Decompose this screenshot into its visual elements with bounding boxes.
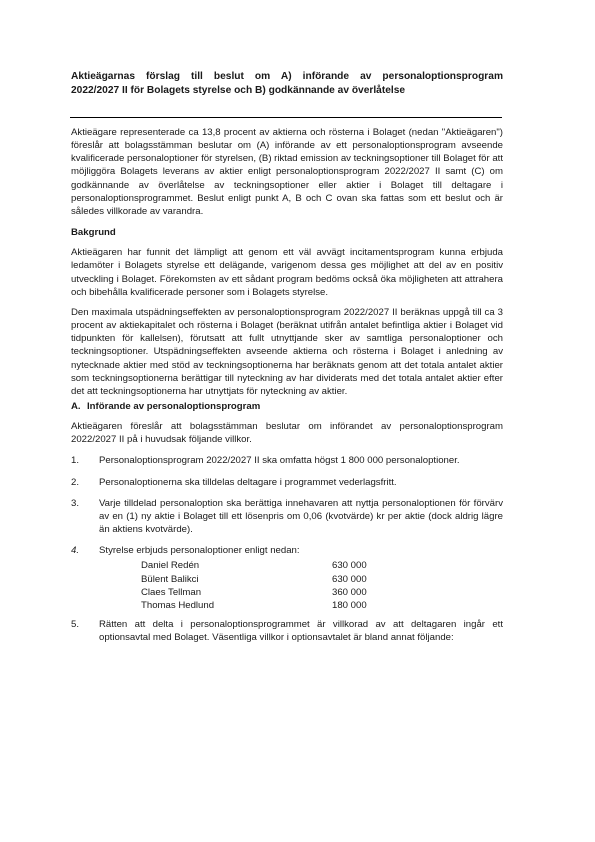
board-member-name: Bülent Balikci: [141, 573, 332, 586]
document-body: Aktieägare representerade ca 13,8 procen…: [71, 126, 503, 652]
board-member-options: 630 000: [332, 559, 367, 572]
board-member-name: Thomas Hedlund: [141, 599, 332, 612]
list-item-text: Personaloptionsprogram 2022/2027 II ska …: [99, 454, 503, 467]
board-member-options: 360 000: [332, 586, 367, 599]
board-member-name: Daniel Redén: [141, 559, 332, 572]
table-row: Claes Tellman 360 000: [141, 586, 503, 599]
list-item-number: 2.: [71, 476, 99, 489]
list-item-number: 1.: [71, 454, 99, 467]
section-a-intro: Aktieägaren föreslår att bolagsstämman b…: [71, 420, 503, 446]
table-row: Thomas Hedlund 180 000: [141, 599, 503, 612]
list-item: 4. Styrelse erbjuds personaloptioner enl…: [71, 544, 503, 612]
list-item-number: 4.: [71, 544, 99, 612]
background-paragraph: Aktieägaren har funnit det lämpligt att …: [71, 246, 503, 299]
section-a-number: A.: [71, 400, 87, 413]
table-row: Daniel Redén 630 000: [141, 559, 503, 572]
list-item-text: Varje tilldelad personaloption ska berät…: [99, 497, 503, 536]
board-member-options: 180 000: [332, 599, 367, 612]
section-a-title: Införande av personaloptionsprogram: [87, 400, 260, 413]
title-divider: [70, 117, 502, 118]
terms-list: 1. Personaloptionsprogram 2022/2027 II s…: [71, 454, 503, 644]
title-line-2: 2022/2027 II för Bolagets styrelse och B…: [71, 85, 405, 96]
list-item-number: 3.: [71, 497, 99, 536]
board-member-options: 630 000: [332, 573, 367, 586]
list-item: 1. Personaloptionsprogram 2022/2027 II s…: [71, 454, 503, 467]
background-heading: Bakgrund: [71, 226, 503, 239]
list-item-text: Rätten att delta i personaloptionsprogra…: [99, 618, 503, 644]
section-a-heading: A. Införande av personaloptionsprogram: [71, 400, 503, 413]
list-item-number: 5.: [71, 618, 99, 644]
board-member-name: Claes Tellman: [141, 586, 332, 599]
title-line-1: Aktieägarnas förslag till beslut om A) i…: [71, 70, 503, 84]
list-item-text: Styrelse erbjuds personaloptioner enligt…: [99, 545, 300, 556]
list-item: 3. Varje tilldelad personaloption ska be…: [71, 497, 503, 536]
table-row: Bülent Balikci 630 000: [141, 573, 503, 586]
list-item-text: Personaloptionerna ska tilldelas deltaga…: [99, 476, 503, 489]
document-title: Aktieägarnas förslag till beslut om A) i…: [71, 70, 503, 98]
dilution-paragraph: Den maximala utspädningseffekten av pers…: [71, 306, 503, 398]
intro-paragraph: Aktieägare representerade ca 13,8 procen…: [71, 126, 503, 218]
list-item: 5. Rätten att delta i personaloptionspro…: [71, 618, 503, 644]
list-item: 2. Personaloptionerna ska tilldelas delt…: [71, 476, 503, 489]
board-allocation-table: Daniel Redén 630 000 Bülent Balikci 630 …: [141, 559, 503, 612]
